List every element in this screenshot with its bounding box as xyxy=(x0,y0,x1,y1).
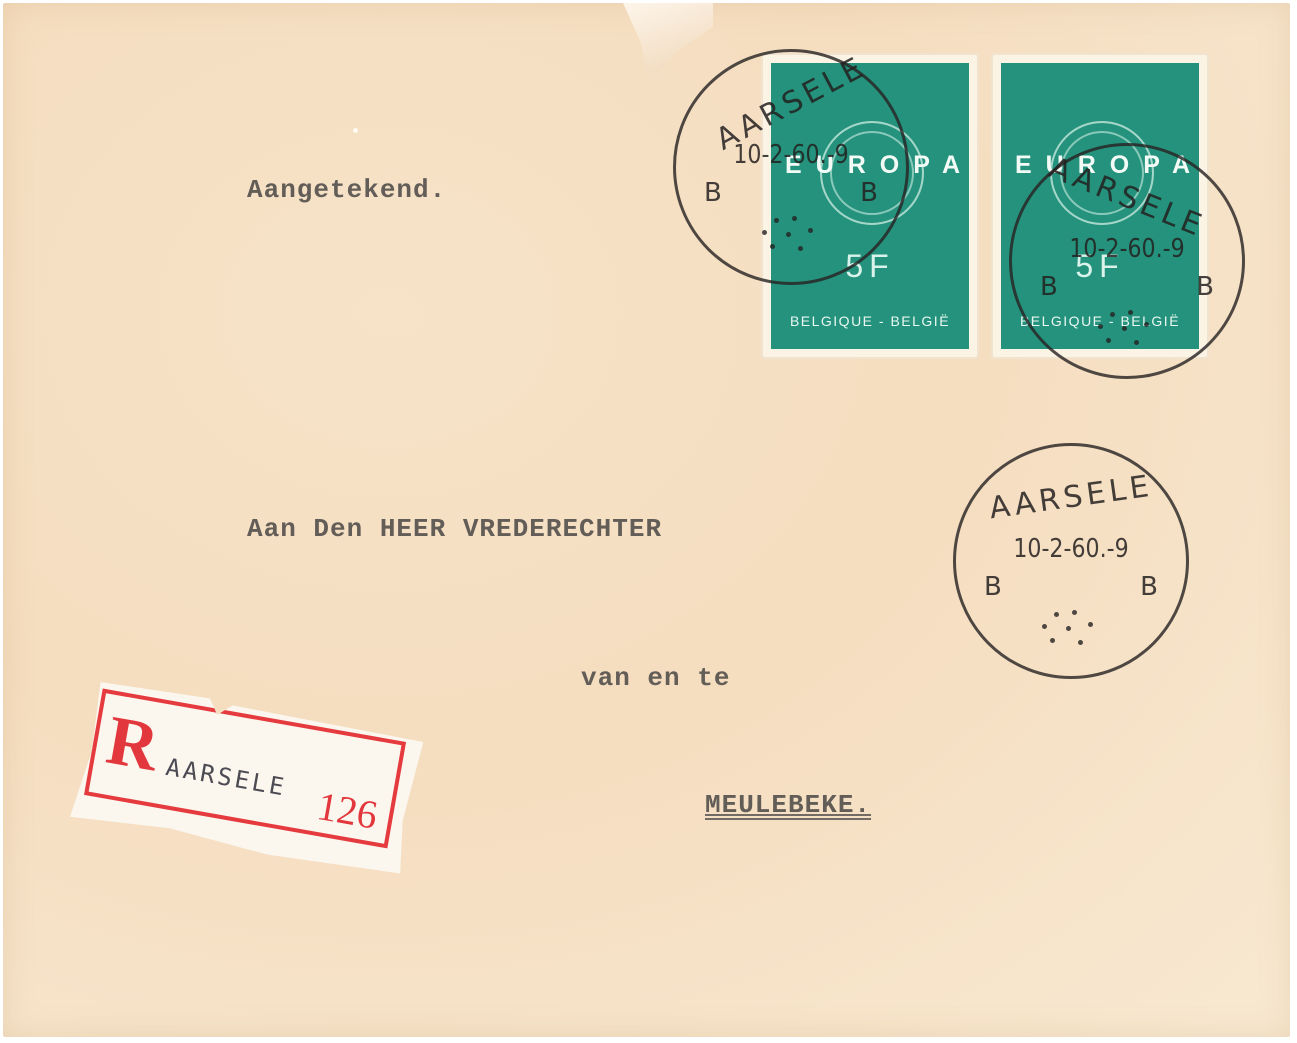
registered-note: Aangetekend. xyxy=(247,175,446,205)
addressee-line: Aan Den HEER VREDERECHTER xyxy=(247,514,662,544)
postmark-date: 10-2-60.-9 xyxy=(1029,234,1225,264)
registration-label: R AARSELE 126 xyxy=(69,675,425,881)
postmark-letter-right: B xyxy=(860,178,878,208)
registration-office: AARSELE xyxy=(164,753,289,802)
registration-letter: R xyxy=(101,701,165,789)
postmark-dots-icon xyxy=(1036,606,1106,651)
postmark-letter-left: B xyxy=(984,572,1002,602)
postmark-town: AARSELE xyxy=(955,464,1188,531)
postmark-letter-right: B xyxy=(1140,572,1158,602)
paper-speck xyxy=(353,128,358,133)
postmark-1: AARSELE 10-2-60.-9 B B xyxy=(673,49,909,285)
torn-flap xyxy=(623,3,713,83)
registration-box: R AARSELE 126 xyxy=(84,689,406,849)
postmark-date: 10-2-60.-9 xyxy=(693,140,889,170)
postmark-dots-icon xyxy=(756,212,826,257)
registration-number: 126 xyxy=(314,782,381,839)
envelope: Aangetekend. Aan Den HEER VREDERECHTER v… xyxy=(3,3,1290,1037)
from-to-line: van en te xyxy=(581,663,730,693)
stamp-country: BELGIQUE - BELGIË xyxy=(771,313,969,329)
postmark-date: 10-2-60.-9 xyxy=(973,534,1169,564)
destination-town: MEULEBEKE. xyxy=(705,790,871,820)
postmark-dots-icon xyxy=(1092,306,1162,351)
postmark-letter-right: B xyxy=(1196,272,1214,302)
postmark-2: AARSELE 10-2-60.-9 B B xyxy=(1009,143,1245,379)
postmark-letter-left: B xyxy=(704,178,722,208)
postmark-3: AARSELE 10-2-60.-9 B B xyxy=(953,443,1189,679)
postmark-letter-left: B xyxy=(1040,272,1058,302)
